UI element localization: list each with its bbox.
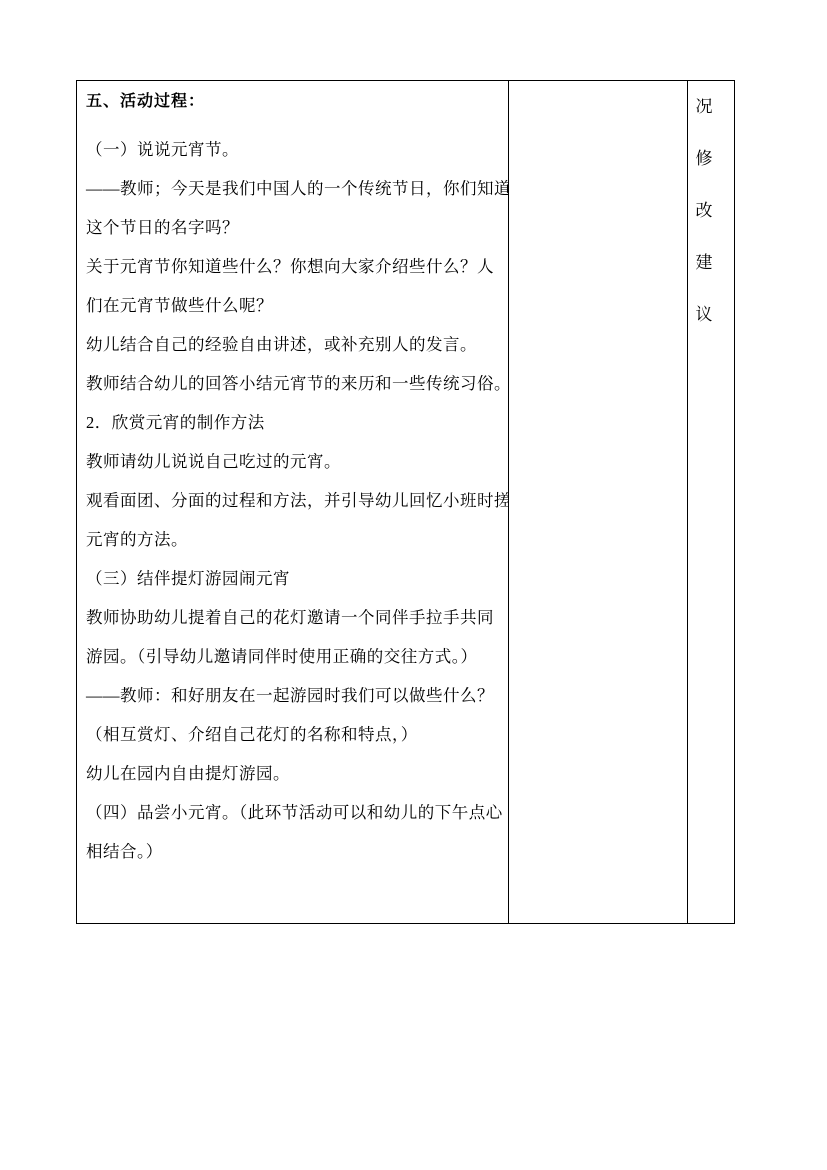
vertical-text-char: 况 xyxy=(688,81,720,133)
content-lines: （一）说说元宵节。——教师；今天是我们中国人的一个传统节日，你们知道这个节日的名… xyxy=(86,130,502,871)
vertical-text-char: 修 xyxy=(688,133,720,185)
text-line: 这个节日的名字吗？ xyxy=(86,208,502,247)
text-line: 游园。（引导幼儿邀请同伴时使用正确的交往方式。） xyxy=(86,637,502,676)
activity-process-cell: 五、活动过程： （一）说说元宵节。——教师；今天是我们中国人的一个传统节日，你们… xyxy=(77,81,509,923)
text-line: 观看面团、分面的过程和方法，并引导幼儿回忆小班时搓 xyxy=(86,481,502,520)
vertical-text-char: 改 xyxy=(688,185,720,237)
document-page: 五、活动过程： （一）说说元宵节。——教师；今天是我们中国人的一个传统节日，你们… xyxy=(0,0,827,1170)
text-line: 元宵的方法。 xyxy=(86,520,502,559)
text-line: 教师请幼儿说说自己吃过的元宵。 xyxy=(86,442,502,481)
text-line: ——教师：和好朋友在一起游园时我们可以做些什么？ xyxy=(86,676,502,715)
text-line: ——教师；今天是我们中国人的一个传统节日，你们知道 xyxy=(86,169,502,208)
text-line: 相结合。） xyxy=(86,832,502,871)
text-line: 教师协助幼儿提着自己的花灯邀请一个同伴手拉手共同 xyxy=(86,598,502,637)
revision-suggestion-cell: 况修改建议 xyxy=(688,81,734,923)
text-line: （四）品尝小元宵。（此环节活动可以和幼儿的下午点心 xyxy=(86,793,502,832)
vertical-text-char: 议 xyxy=(688,289,720,341)
text-line: 关于元宵节你知道些什么？你想向大家介绍些什么？人 xyxy=(86,247,502,286)
section-title: 五、活动过程： xyxy=(86,82,502,121)
text-line: （三）结伴提灯游园闹元宵 xyxy=(86,559,502,598)
lesson-plan-table: 五、活动过程： （一）说说元宵节。——教师；今天是我们中国人的一个传统节日，你们… xyxy=(76,80,735,924)
text-line: 2．欣赏元宵的制作方法 xyxy=(86,403,502,442)
empty-notes-cell xyxy=(509,81,688,923)
text-line: 幼儿结合自己的经验自由讲述，或补充别人的发言。 xyxy=(86,325,502,364)
text-line: 们在元宵节做些什么呢？ xyxy=(86,286,502,325)
text-line: （一）说说元宵节。 xyxy=(86,130,502,169)
text-line: （相互赏灯、介绍自己花灯的名称和特点，） xyxy=(86,715,502,754)
text-line: 幼儿在园内自由提灯游园。 xyxy=(86,754,502,793)
text-line: 教师结合幼儿的回答小结元宵节的来历和一些传统习俗。 xyxy=(86,364,502,403)
vertical-text-char: 建 xyxy=(688,237,720,289)
